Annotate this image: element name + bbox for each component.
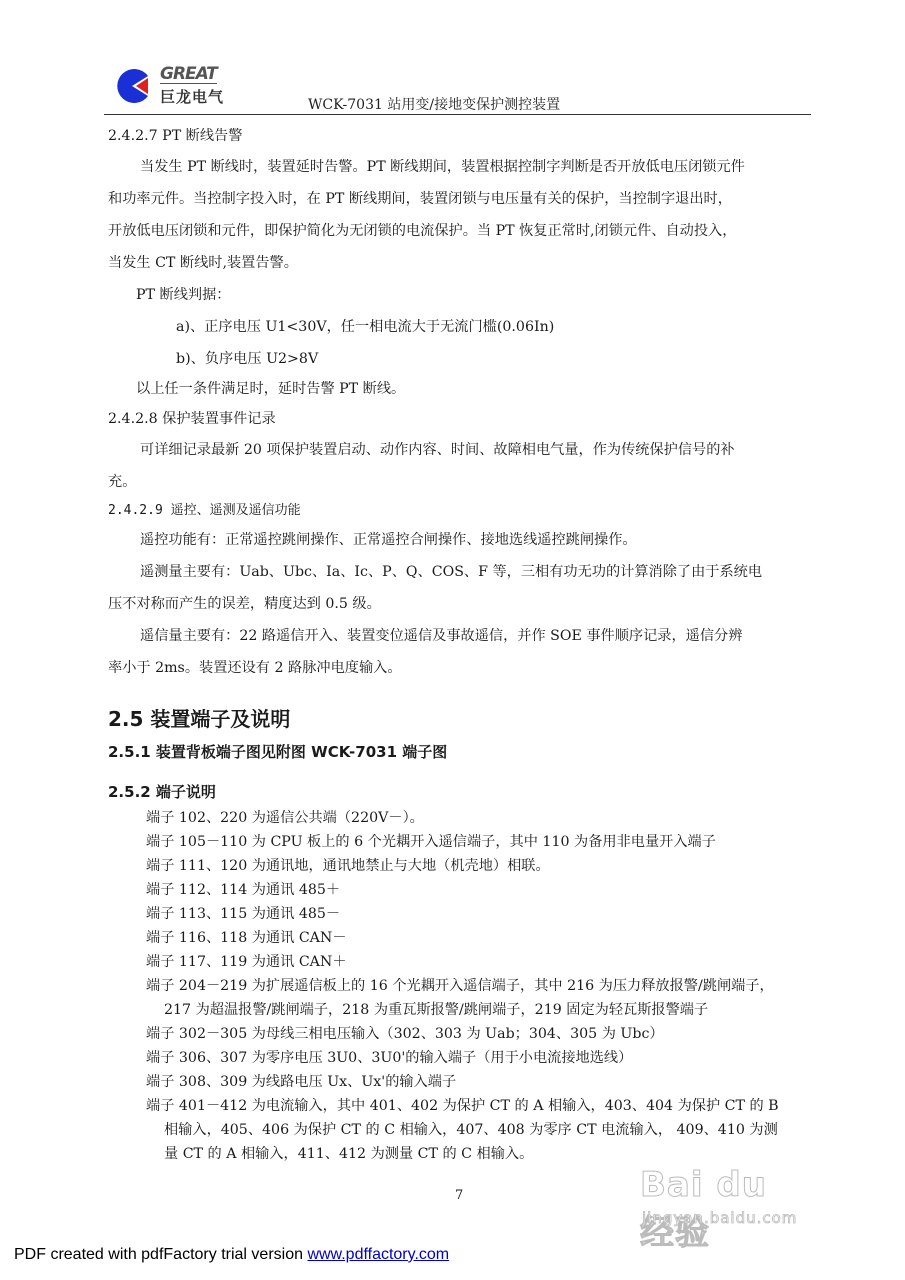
terminal-item: 端子 306、307 为零序电压 3U0、3U0'的输入端子（用于小电流接地选线… — [146, 1048, 632, 1068]
paragraph-line: 开放低电压闭锁和元件，即保护简化为无闭锁的电流保护。当 PT 恢复正常时,闭锁元… — [108, 221, 736, 241]
logo-english: GREAT — [160, 65, 217, 84]
criteria-conclusion: 以上任一条件满足时，延时告警 PT 断线。 — [136, 379, 405, 399]
criteria-label: PT 断线判据： — [136, 285, 230, 305]
paragraph-line: 可详细记录最新 20 项保护装置启动、动作内容、时间、故障相电气量，作为传统保护… — [140, 440, 735, 460]
remote-control-text: 遥控功能有：正常遥控跳闸操作、正常遥控合闸操作、接地选线遥控跳闸操作。 — [140, 530, 637, 550]
paragraph-line: 充。 — [108, 472, 136, 492]
logo-chinese: 巨龙电气 — [160, 86, 224, 107]
criteria-item: b)、负序电压 U2>8V — [176, 349, 318, 369]
terminal-item: 端子 112、114 为通讯 485＋ — [146, 880, 340, 900]
terminal-item: 端子 308、309 为线路电压 Ux、Ux'的输入端子 — [146, 1072, 456, 1092]
heading-2427: 2.4.2.7 PT 断线告警 — [108, 126, 242, 146]
terminal-item: 端子 204－219 为扩展遥信板上的 16 个光耦开入遥信端子，其中 216 … — [146, 976, 774, 996]
terminal-item: 端子 116、118 为通讯 CAN－ — [146, 928, 347, 948]
terminal-item: 端子 401－412 为电流输入，其中 401、402 为保护 CT 的 A 相… — [146, 1096, 779, 1116]
company-logo: GREAT 巨龙电气 — [110, 62, 240, 110]
paragraph-line: 遥信量主要有：22 路遥信开入、装置变位遥信及事故遥信，并作 SOE 事件顺序记… — [140, 626, 742, 646]
page-number: 7 — [455, 1188, 463, 1203]
terminal-item: 端子 102、220 为遥信公共端（220V－）。 — [146, 808, 424, 828]
pdf-footer: PDF created with pdfFactory trial versio… — [14, 1246, 449, 1264]
paragraph-line: 遥测量主要有：Uab、Ubc、Ia、Ic、P、Q、COS、F 等，三相有功无功的… — [140, 562, 762, 582]
paragraph-line: 压不对称而产生的误差，精度达到 0.5 级。 — [108, 594, 381, 614]
terminal-item: 端子 113、115 为通讯 485－ — [146, 904, 340, 924]
baidu-watermark: Bai du 经验 jingyan.baidu.com — [640, 1165, 810, 1235]
terminal-item: 端子 111、120 为通讯地，通讯地禁止与大地（机壳地）相联。 — [146, 856, 550, 876]
criteria-item: a)、正序电压 U1<30V，任一相电流大于无流门槛(0.06In) — [176, 317, 554, 337]
section-heading-2-5-1: 2.5.1 装置背板端子图见附图 WCK-7031 端子图 — [108, 742, 447, 762]
paragraph-line: 和功率元件。当控制字投入时，在 PT 断线期间，装置闭锁与电压量有关的保护，当控… — [108, 189, 732, 209]
logo-pacman-icon — [114, 68, 150, 104]
terminal-item: 端子 302－305 为母线三相电压输入（302、303 为 Uab；304、3… — [146, 1024, 664, 1044]
document-page: GREAT 巨龙电气 WCK-7031 站用变/接地变保护测控装置 2.4.2.… — [0, 0, 905, 1280]
watermark-url: jingyan.baidu.com — [642, 1209, 797, 1227]
pdffactory-link[interactable]: www.pdffactory.com — [307, 1246, 449, 1263]
page-header: GREAT 巨龙电气 WCK-7031 站用变/接地变保护测控装置 — [108, 60, 813, 115]
terminal-item-continued: 217 为超温报警/跳闸端子，218 为重瓦斯报警/跳闸端子，219 固定为轻瓦… — [164, 1000, 708, 1020]
document-title: WCK-7031 站用变/接地变保护测控装置 — [308, 94, 560, 114]
section-heading-2-5-2: 2.5.2 端子说明 — [108, 782, 216, 802]
header-divider — [104, 114, 811, 115]
heading-2428: 2.4.2.8 保护装置事件记录 — [108, 409, 276, 429]
footer-text: PDF created with pdfFactory trial versio… — [14, 1246, 307, 1263]
terminal-item: 端子 105－110 为 CPU 板上的 6 个光耦开入遥信端子，其中 110 … — [146, 832, 716, 852]
terminal-item-continued: 量 CT 的 A 相输入，411、412 为测量 CT 的 C 相输入。 — [164, 1144, 533, 1164]
heading-2429: 2.4.2.9 遥控、遥测及遥信功能 — [108, 501, 301, 521]
paragraph-line: 当发生 CT 断线时,装置告警。 — [108, 253, 298, 273]
terminal-item: 端子 117、119 为通讯 CAN＋ — [146, 952, 347, 972]
paragraph-line: 率小于 2ms。装置还设有 2 路脉冲电度输入。 — [108, 658, 402, 678]
paragraph-line: 当发生 PT 断线时，装置延时告警。PT 断线期间，装置根据控制字判断是否开放低… — [140, 157, 745, 177]
terminal-item-continued: 相输入，405、406 为保护 CT 的 C 相输入，407、408 为零序 C… — [164, 1120, 778, 1140]
section-heading-2-5: 2.5 装置端子及说明 — [108, 709, 290, 729]
